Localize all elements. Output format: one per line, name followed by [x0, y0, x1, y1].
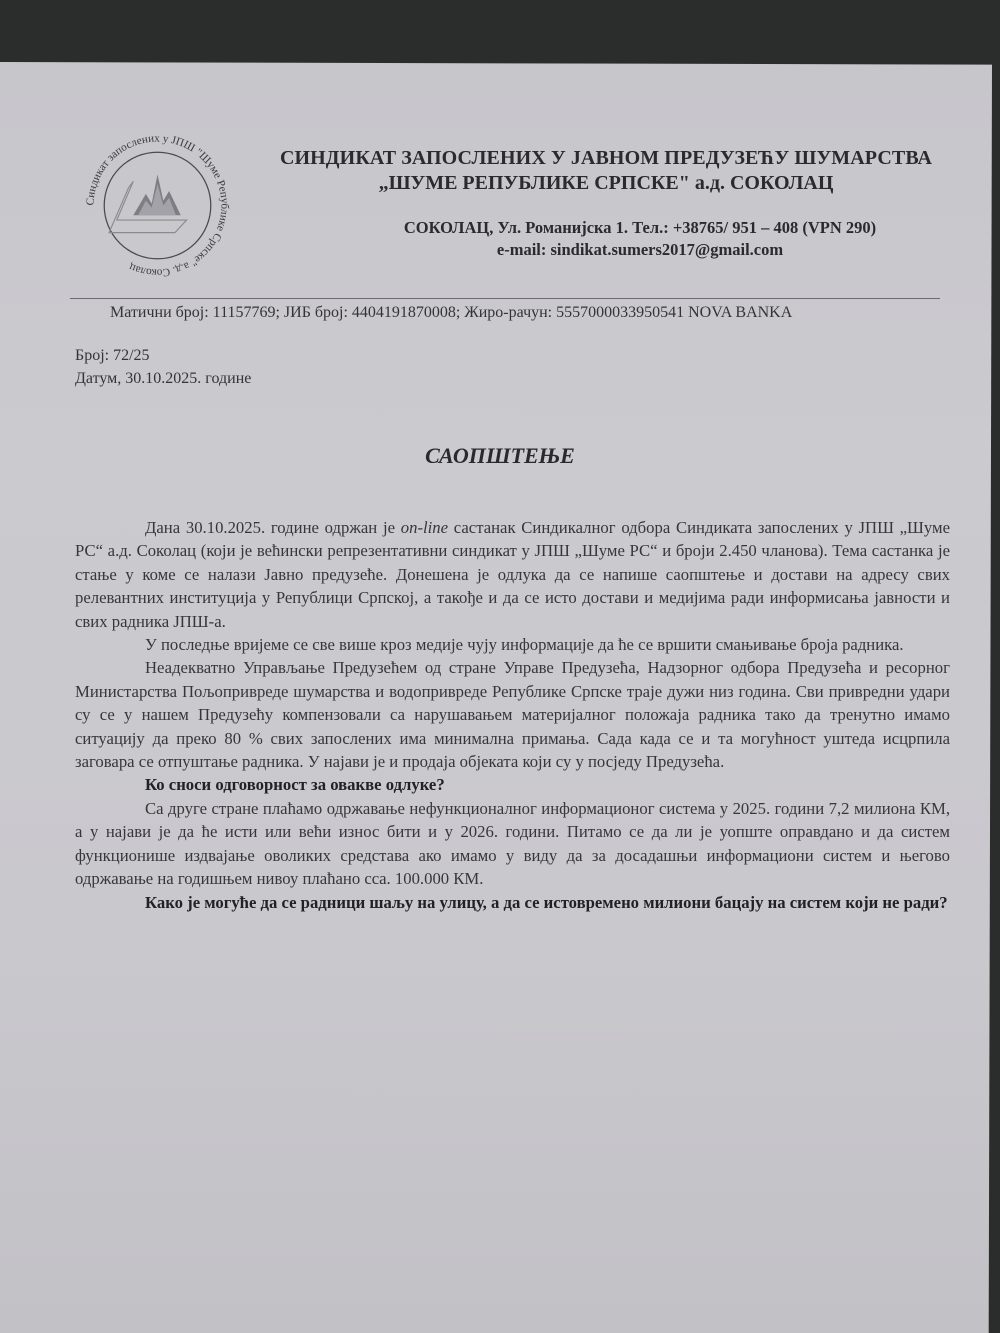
document-body: Дана 30.10.2025. године одржан је on-lin…: [75, 516, 950, 914]
org-name-line-1: СИНДИКАТ ЗАПОСЛЕНИХ У ЈАВНОМ ПРЕДУЗЕЋУ Ш…: [276, 147, 936, 170]
question-closing: Како је могуће да се радници шаљу на ули…: [75, 891, 950, 914]
document-title: САОПШТЕЊЕ: [0, 443, 1000, 469]
paragraph-emphasis: on-line: [401, 518, 448, 537]
paragraph-info-system: Са друге стране плаћамо одржавање нефунк…: [75, 797, 950, 891]
document-number: Број: 72/25: [75, 347, 150, 365]
org-name-line-2: „ШУМЕ РЕПУБЛИКЕ СРПСКЕ" а.д. СОКОЛАЦ: [276, 172, 936, 195]
header-divider: [70, 298, 940, 299]
paragraph-meeting: Дана 30.10.2025. године одржан је on-lin…: [75, 516, 950, 633]
paragraph-layoffs: У последње вријеме се све више кроз меди…: [75, 633, 950, 656]
document-date: Датум, 30.10.2025. године: [75, 370, 251, 388]
org-email: e-mail: sindikat.sumers2017@gmail.com: [330, 240, 950, 260]
org-address: СОКОЛАЦ, Ул. Романијска 1. Тел.: +38765/…: [330, 218, 950, 238]
union-seal-mountain-icon: Синдикат запослених у ЈПШ "Шуме Републик…: [80, 128, 235, 283]
paragraph-management: Неадекватно Управљање Предузећем од стра…: [75, 656, 950, 773]
paragraph-text: Дана 30.10.2025. године одржан је: [145, 518, 401, 537]
registration-info: Матични број: 11157769; ЈИБ број: 440419…: [110, 304, 792, 322]
question-responsibility: Ко сноси одговорност за овакве одлуке?: [75, 773, 950, 796]
